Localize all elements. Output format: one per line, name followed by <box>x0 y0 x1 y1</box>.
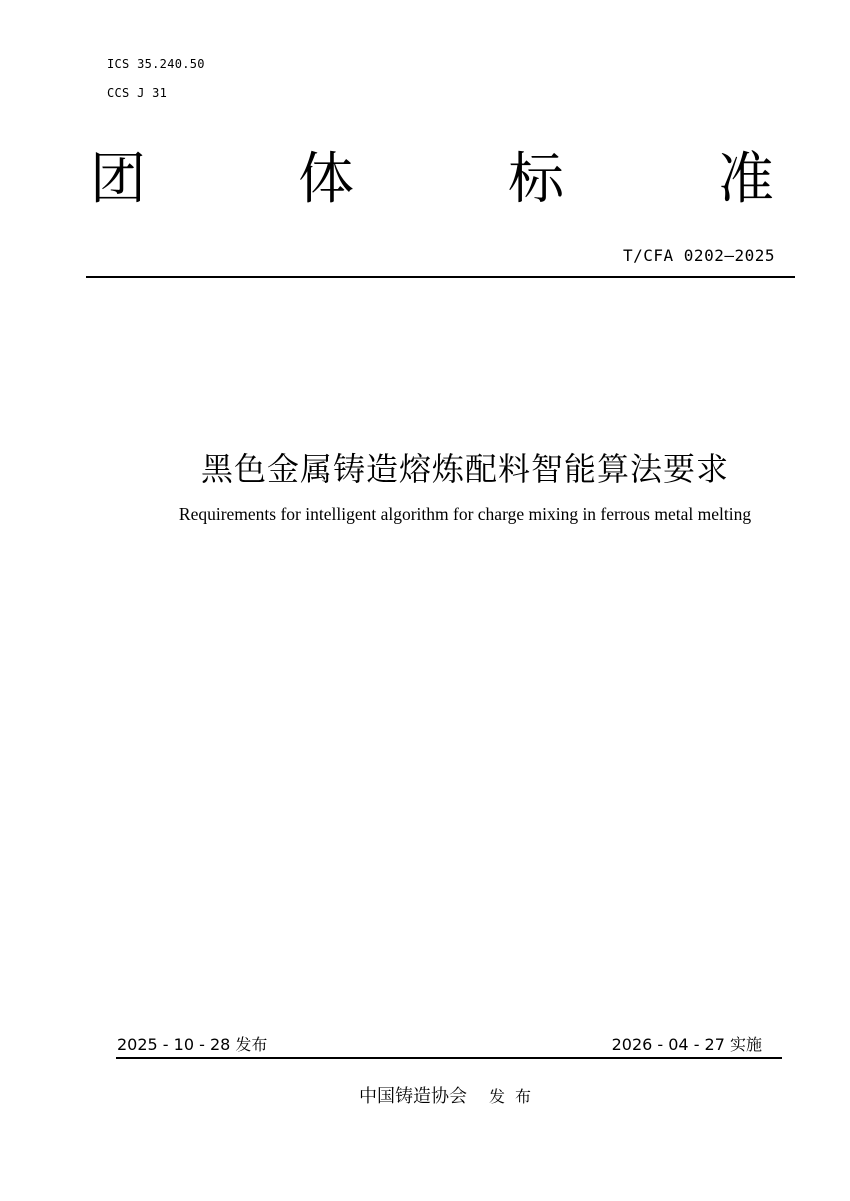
footer-divider <box>116 1057 782 1059</box>
ics-code: ICS 35.240.50 <box>107 57 205 71</box>
document-title-chinese: 黑色金属铸造熔炼配料智能算法要求 <box>0 449 850 489</box>
header-divider <box>86 276 795 278</box>
implementation-date: 2026 - 04 - 27 实施 <box>612 1032 762 1055</box>
banner-char-4: 准 <box>718 148 774 212</box>
ccs-code: CCS J 31 <box>107 86 167 100</box>
issuer-organization: 中国铸造协会 <box>359 1086 467 1107</box>
banner-char-2: 体 <box>298 148 354 212</box>
publish-date: 2025 - 10 - 28 发布 <box>117 1032 267 1055</box>
standard-number: T/CFA 0202—2025 <box>623 246 775 265</box>
banner-char-1: 团 <box>90 148 146 212</box>
issuer-action: 发布 <box>489 1087 541 1106</box>
banner-char-3: 标 <box>508 148 564 212</box>
issuer-line: 中国铸造协会发布 <box>0 1082 850 1108</box>
document-title-english: Requirements for intelligent algorithm f… <box>0 504 850 525</box>
